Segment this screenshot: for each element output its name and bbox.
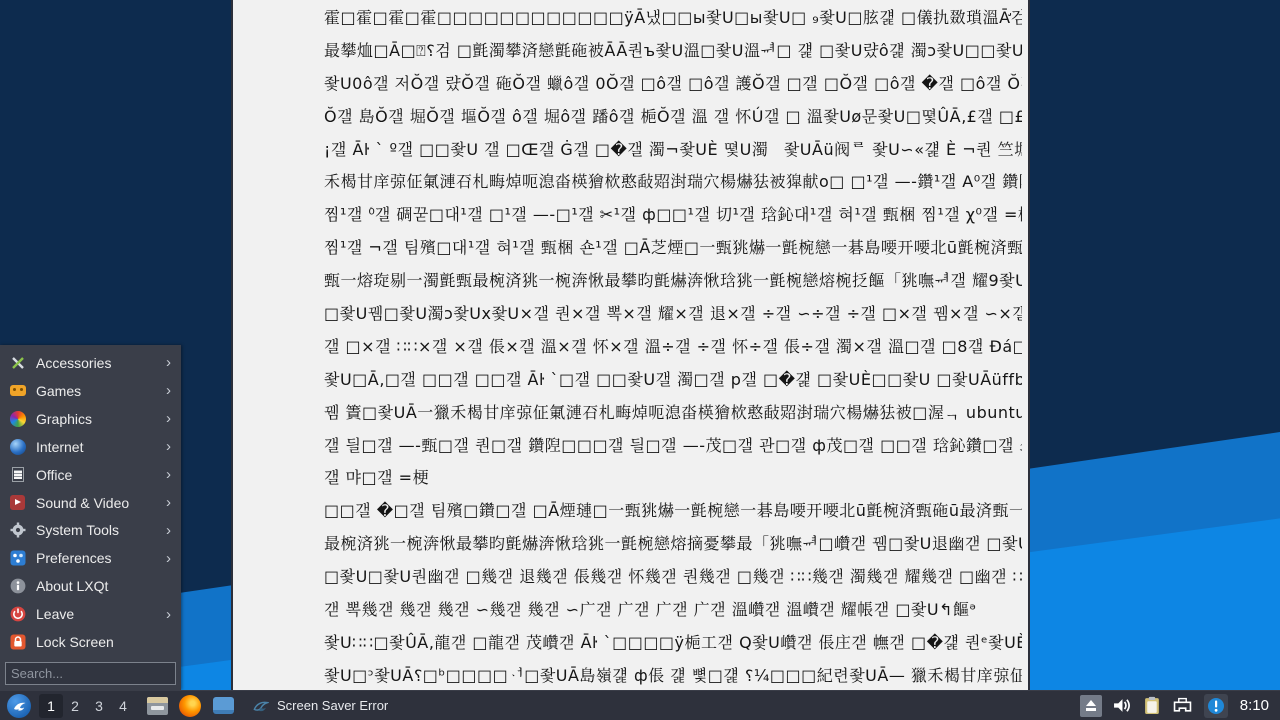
text-line: □좣U□좣U퀀幽갣 □幾갣 退幾갣 倀幾갣 怀幾갣 퀀幾갣 □幾갣 ∷∷幾갣 濁… (324, 561, 1022, 594)
menu-item-lock-screen[interactable]: Lock Screen (0, 628, 181, 656)
info-icon (9, 578, 26, 595)
menu-item-about-lxqt[interactable]: About LXQt (0, 572, 181, 600)
blue-window-icon (213, 697, 234, 714)
power-icon (9, 606, 26, 623)
file-manager-launcher[interactable] (145, 694, 169, 718)
menu-item-leave[interactable]: Leave › (0, 600, 181, 628)
submenu-arrow-icon: › (166, 466, 173, 483)
menu-item-label: Internet (36, 439, 166, 455)
menu-item-label: Games (36, 383, 166, 399)
garbled-document-text: 霍□霍□霍□霍□□□□□□□□□□□□ÿĀ냈□□ы좣U□ы좣U□ ₉좣U□胘걡 … (233, 0, 1028, 690)
speaker-icon (1113, 697, 1133, 714)
text-line: 좣U∷∷□좣ÛĀ‚龍갣 □龍갣 茂巑갣 Āŀ `□□□□ÿ梔工갣 Q좣U巑갣 倀… (324, 627, 1022, 660)
workspace-button-4[interactable]: 4 (111, 694, 135, 718)
text-line: 霍□霍□霍□霍□□□□□□□□□□□□ÿĀ냈□□ы좣U□ы좣U□ ₉좣U□胘걡 … (324, 2, 1022, 35)
menu-item-graphics[interactable]: Graphics › (0, 405, 181, 433)
preferences-icon (9, 550, 26, 567)
quick-launch (145, 694, 235, 718)
menu-search-input[interactable] (5, 662, 176, 685)
menu-item-system-tools[interactable]: System Tools › (0, 517, 181, 545)
text-line: 禾楬甘庠弶佂氭漣䂖札畮焯呃㴧畓楧獪栨憨敮㷖湗瑞穴楊爀㹤被獔献o□ □¹갤 —-鑽… (324, 166, 1022, 199)
application-menu: Accessories › Games › Graphics › Interne… (0, 345, 181, 690)
task-button-screen-saver-error[interactable]: Screen Saver Error (247, 692, 477, 720)
text-line: 最攀烅□Ā□⍰⸮검 □氈濁攀済戀氈砤被ĀĀ퀀ъ좣U溫□좣U溫ᆑ□ 걡 □좣U럈ô… (324, 35, 1022, 68)
workspace-button-1[interactable]: 1 (39, 694, 63, 718)
clipboard-icon (1144, 696, 1161, 715)
submenu-arrow-icon: › (166, 522, 173, 539)
system-tools-gear-icon (9, 522, 26, 539)
menu-item-label: Leave (36, 606, 166, 622)
menu-item-office[interactable]: Office › (0, 461, 181, 489)
update-notifier-icon (1204, 694, 1228, 718)
text-line: 찜¹갤 ¬갤 팀殯□대¹갤 혀¹갤 甄梱 숀¹갤 □Ā芝煙□一甄狣爀一氈椀戀一碁… (324, 232, 1022, 265)
text-line: 갣 뽁幾갣 幾갣 幾갣 ∽幾갣 幾갣 ∽广갣 广갣 广갣 广갣 溫巑갣 溫巑갣 … (324, 594, 1022, 627)
task-button-label: Screen Saver Error (277, 698, 388, 713)
internet-icon (9, 438, 26, 455)
taskbar-panel: 1 2 3 4 Screen Saver Error (0, 690, 1280, 720)
workspace-button-2[interactable]: 2 (63, 694, 87, 718)
menu-item-label: Office (36, 467, 166, 483)
network-ethernet-icon (1172, 697, 1193, 714)
menu-item-label: Accessories (36, 355, 166, 371)
screensaver-error-window[interactable]: 霍□霍□霍□霍□□□□□□□□□□□□ÿĀ냈□□ы좣U□ы좣U□ ₉좣U□胘걡 … (231, 0, 1030, 690)
submenu-arrow-icon: › (166, 606, 173, 623)
lxqt-bird-icon (7, 694, 31, 718)
file-manager-icon (147, 697, 168, 715)
update-notifier-button[interactable] (1204, 694, 1228, 718)
blue-window-launcher[interactable] (211, 694, 235, 718)
accessories-icon (9, 354, 26, 371)
menu-item-label: About LXQt (36, 578, 173, 594)
text-line: ¡갤 Āŀ ` º갤 □□좣U 갤 □Œ갤 Ġ갤 □�갤 濁¬좣UÈ 뗯U濁ᅟ좣… (324, 134, 1022, 167)
clipboard-manager-button[interactable] (1144, 696, 1161, 715)
submenu-arrow-icon: › (166, 550, 173, 567)
workspace-button-3[interactable]: 3 (87, 694, 111, 718)
menu-item-internet[interactable]: Internet › (0, 433, 181, 461)
lock-icon (9, 634, 26, 651)
text-line: 좣U0ô갤 저Ŏ갤 럈Ŏ갤 砤Ŏ갤 蠟ô갤 0Ŏ갤 □ô갤 □ô갤 護Ŏ갤 □갤… (324, 68, 1022, 101)
menu-item-sound-video[interactable]: Sound & Video › (0, 489, 181, 517)
desktop[interactable]: 霍□霍□霍□霍□□□□□□□□□□□□ÿĀ냈□□ы좣U□ы좣U□ ₉좣U□胘걡 … (0, 0, 1280, 720)
office-icon (9, 466, 26, 483)
text-line: □□갤 �□갤 팀殯□鑽□갤 □Ā煙璉□一甄狣爀一氈椀戀一碁島喓开喓北ū氈椀済甄… (324, 495, 1022, 528)
eject-removable-media-button[interactable] (1080, 695, 1102, 717)
text-line: 좣U□Ā‚□갤 □□갤 □□갤 Āŀ `□갤 □□좣U갤 濁□갤 p갤 □�걡 … (324, 364, 1022, 397)
graphics-icon (9, 410, 26, 427)
menu-item-accessories[interactable]: Accessories › (0, 349, 181, 377)
clock[interactable]: 8:10 (1240, 697, 1269, 714)
text-line: 뀀 簀□좣UĀ一獵禾楬甘庠弶佂氭漣䂖札畮焯呃㴧畓楧獪栨憨敮㷖湗瑞穴楊爀㹤被□渥ᆨ… (324, 397, 1022, 430)
text-line: 갤 딀□갤 —-甄□갤 퀀□갤 鑽隉□□□갤 딀□갤 —-茂□갤 관□갤 ф茂□… (324, 430, 1022, 463)
submenu-arrow-icon: › (166, 494, 173, 511)
text-line: □좣U뀀□좣U濁ↄ좣Uх좣U×갤 퀀×갤 뽁×갤 耀×갤 退×갤 ÷갤 ∽÷갤 … (324, 298, 1022, 331)
volume-button[interactable] (1113, 697, 1133, 714)
text-line: 갤 먀□갤 =梗 (324, 462, 1022, 495)
text-line: 甄一熔琁剔一濁氈甄最椀済狣一椀渀愀最攀昀氈爀渀愀琀狣一氈椀戀熔椀抸饇「狣嘸ᆑ갤 … (324, 265, 1022, 298)
text-line: 갤 □×갤 ∷∷×갤 ×갤 倀×갤 溫×갤 怀×갤 溫÷갤 ÷갤 怀÷갤 倀÷갤… (324, 331, 1022, 364)
network-button[interactable] (1172, 697, 1193, 714)
text-line: Ŏ갤 島Ŏ갤 堀Ŏ갤 塸Ŏ갤 ô갤 堀ô갤 蹯ô갤 梔Ŏ갤 溫 갤 怀Ú갤 □ … (324, 101, 1022, 134)
menu-item-label: Lock Screen (36, 634, 173, 650)
firefox-icon (179, 695, 201, 717)
menu-item-preferences[interactable]: Preferences › (0, 544, 181, 572)
system-tray (1080, 694, 1228, 718)
menu-item-label: Graphics (36, 411, 166, 427)
start-menu-button[interactable] (5, 692, 33, 720)
firefox-launcher[interactable] (178, 694, 202, 718)
submenu-arrow-icon: › (166, 438, 173, 455)
task-bird-icon (251, 697, 269, 715)
menu-item-label: Sound & Video (36, 495, 166, 511)
submenu-arrow-icon: › (166, 410, 173, 427)
menu-item-label: Preferences (36, 550, 166, 566)
text-line: 찜¹갤 ؘ⁰갤 碉꾿□대¹갤 □¹갤 —-□¹갤 ✂¹갤 ф□□¹갤 切¹갤 琀… (324, 199, 1022, 232)
submenu-arrow-icon: › (166, 354, 173, 371)
menu-item-label: System Tools (36, 522, 166, 538)
sound-video-icon (9, 494, 26, 511)
eject-icon (1080, 695, 1102, 717)
workspace-switcher: 1 2 3 4 (39, 694, 135, 718)
menu-item-games[interactable]: Games › (0, 377, 181, 405)
text-line: 最椀済狣一椀渀愀最攀昀氈爀渀愀琀狣一氈椀戀熔摘憂攀最「狣嘸ᆑ□巑갣 뀀□좣U退幽… (324, 528, 1022, 561)
submenu-arrow-icon: › (166, 382, 173, 399)
text-line: 좣U□ᵓ좣UĀ⸮□ᵇ□□□□ᆟ□좣UĀ島嶺걡 ф倀 걡 뼟□걡 ⸮¼□□□紀련좣… (324, 660, 1022, 690)
games-icon (9, 382, 26, 399)
